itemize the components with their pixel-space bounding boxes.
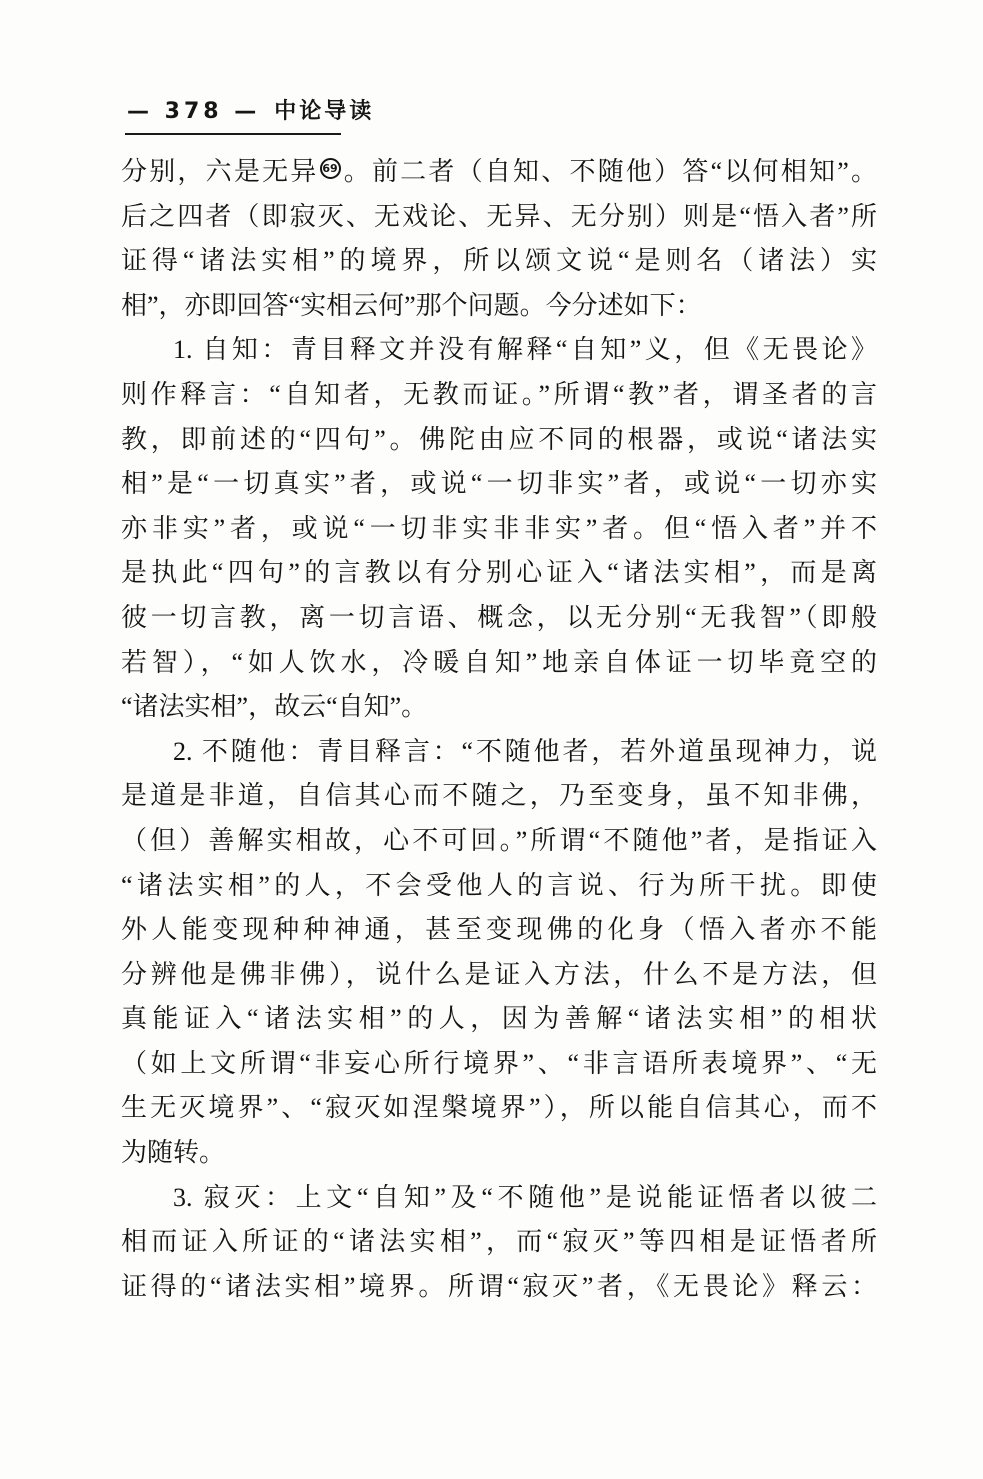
text-line: 教，即前述的“四句”。佛陀由应不同的根器，或说“诸法实 [121, 418, 877, 463]
text-line: 是执此“四句”的言教以有分别心证入“诸法实相”，而是离 [121, 551, 877, 596]
text-line: 后之四者（即寂灭、无戏论、无异、无分别）则是“悟入者”所 [121, 195, 877, 240]
text-line: 生无灭境界”、“寂灭如涅槃境界”），所以能自信其心，而不 [121, 1086, 877, 1131]
running-head: — 378 —中论导读 [127, 94, 374, 125]
paragraph: 3. 寂灭：上文“自知”及“不随他”是说能证悟者以彼二相而证入所证的“诸法实相”… [121, 1176, 877, 1310]
text-line: （如上文所谓“非妄心所行境界”、“非言语所表境界”、“无 [121, 1042, 877, 1087]
text-line: 证得“诸法实相”的境界，所以颂文说“是则名（诸法）实 [121, 239, 877, 284]
text-line: 相”，亦即回答“实相云何”那个问题。今分述如下： [121, 284, 877, 329]
text-line: 彼一切言教，离一切言语、概念，以无分别“无我智”（即般 [121, 596, 877, 641]
text-line: 真能证入“诸法实相”的人，因为善解“诸法实相”的相状 [121, 997, 877, 1042]
book-title: 中论导读 [274, 99, 374, 124]
footnote-marker: 69 [320, 158, 341, 179]
text-line: 为随转。 [121, 1131, 877, 1176]
body-text: 分别，六是无异69。前二者（自知、不随他）答“以何相知”。后之四者（即寂灭、无戏… [121, 150, 877, 1309]
text-line: 3. 寂灭：上文“自知”及“不随他”是说能证悟者以彼二 [121, 1176, 877, 1221]
header-rule [125, 133, 341, 135]
text-line: 亦非实”者，或说“一切非实非非实”者。但“悟入者”并不 [121, 507, 877, 552]
text-segment: 。前二者（自知、不随他）答“以何相知”。 [342, 157, 877, 186]
text-line: 相”是“一切真实”者，或说“一切非实”者，或说“一切亦实 [121, 462, 877, 507]
text-line: （但）善解实相故，心不可回。”所谓“不随他”者，是指证入 [121, 819, 877, 864]
text-line: 1. 自知：青目释文并没有解释“自知”义，但《无畏论》 [121, 328, 877, 373]
paragraph: 1. 自知：青目释文并没有解释“自知”义，但《无畏论》则作释言：“自知者，无教而… [121, 328, 877, 729]
page-number: — 378 — [127, 99, 260, 124]
paragraph: 分别，六是无异69。前二者（自知、不随他）答“以何相知”。后之四者（即寂灭、无戏… [121, 150, 877, 328]
text-line: 证得的“诸法实相”境界。所谓“寂灭”者，《无畏论》释云： [121, 1265, 877, 1310]
text-line: 分辨他是佛非佛），说什么是证入方法，什么不是方法，但 [121, 953, 877, 998]
text-line: 相而证入所证的“诸法实相”，而“寂灭”等四相是证悟者所 [121, 1220, 877, 1265]
text-line: 2. 不随他：青目释言：“不随他者，若外道虽现神力，说 [121, 730, 877, 775]
text-line: 则作释言：“自知者，无教而证。”所谓“教”者，谓圣者的言 [121, 373, 877, 418]
text-line: 若智），“如人饮水，冷暖自知”地亲自体证一切毕竟空的 [121, 641, 877, 686]
text-line: “诸法实相”的人，不会受他人的言说、行为所干扰。即使 [121, 864, 877, 909]
paragraph: 2. 不随他：青目释言：“不随他者，若外道虽现神力，说是道是非道，自信其心而不随… [121, 730, 877, 1176]
text-line: “诸法实相”，故云“自知”。 [121, 685, 877, 730]
text-line: 外人能变现种种神通，甚至变现佛的化身（悟入者亦不能 [121, 908, 877, 953]
text-line: 是道是非道，自信其心而不随之，乃至变身，虽不知非佛， [121, 774, 877, 819]
text-segment: 分别，六是无异 [121, 157, 319, 186]
book-page: — 378 —中论导读 分别，六是无异69。前二者（自知、不随他）答“以何相知”… [0, 0, 983, 1479]
text-line: 分别，六是无异69。前二者（自知、不随他）答“以何相知”。 [121, 150, 877, 195]
